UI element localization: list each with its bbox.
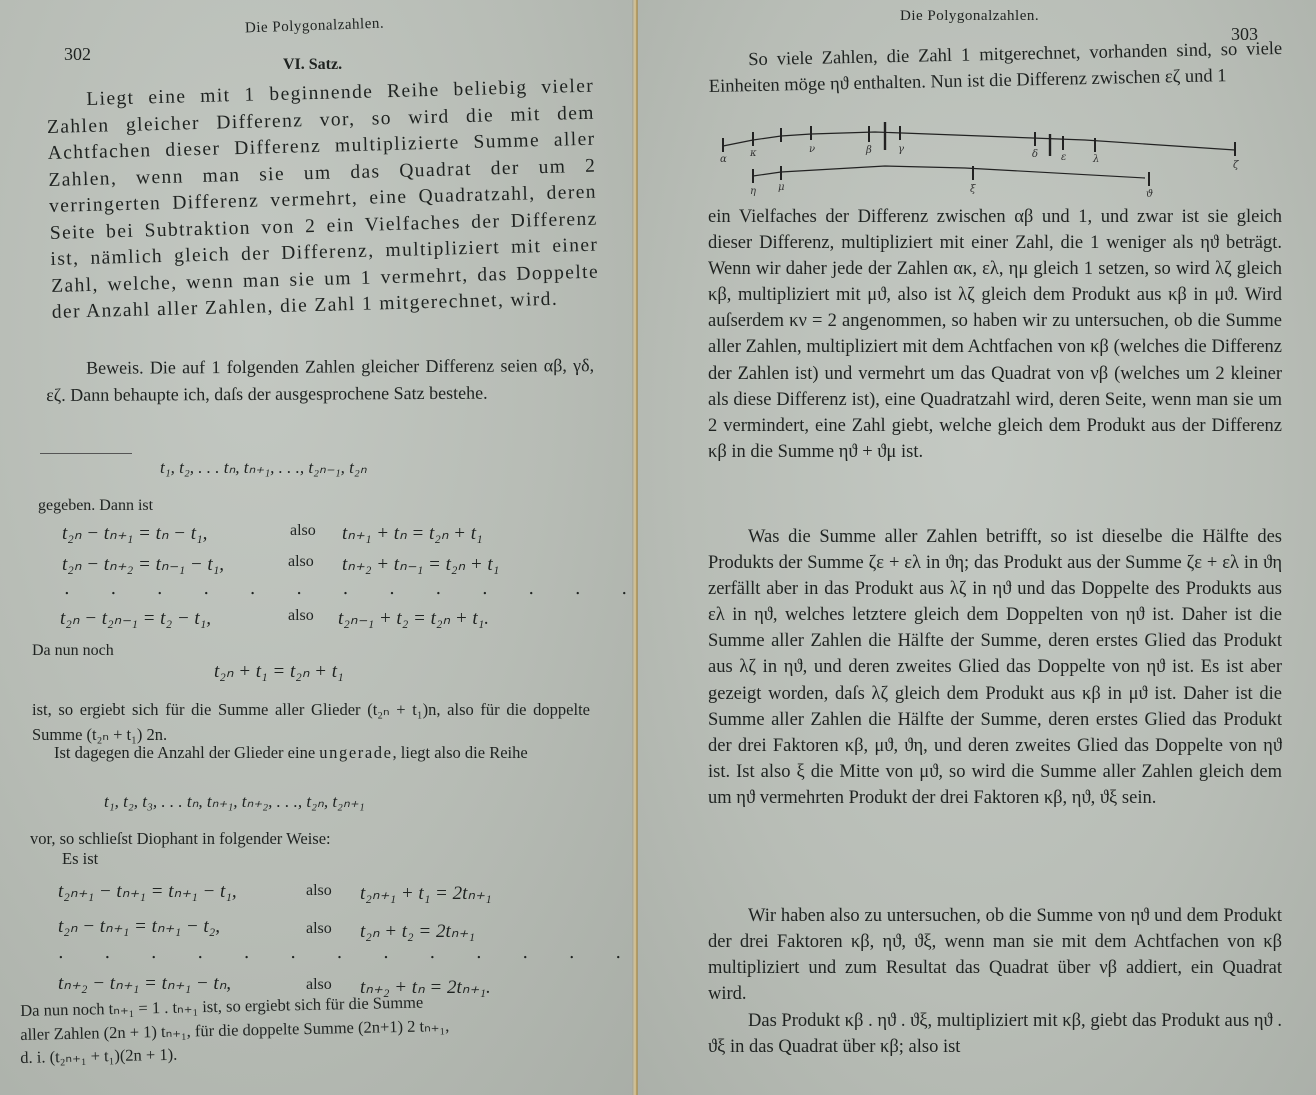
label-kappa: κ <box>749 148 757 159</box>
eq-even-2-rhs: tₙ₊₂ + tₙ₋₁ = t₂ₙ + t₁ <box>342 553 499 576</box>
center-equation: t₂ₙ + t₁ = t₂ₙ + t₁ <box>214 660 344 683</box>
section-title: VI. Satz. <box>283 56 342 74</box>
right-para-4: Wir haben also zu untersuchen, ob die Su… <box>708 903 1282 1007</box>
odd-intro-text: Ist dagegen die Anzahl der Glieder eine … <box>32 740 590 765</box>
eq-even-3-also: also <box>288 607 314 625</box>
odd-intro-spaced: ungerade <box>319 743 392 762</box>
eq-even-1-lhs: t₂ₙ − tₙ₊₁ = tₙ − t₁, <box>62 522 207 545</box>
given-text: gegeben. Dann ist <box>38 493 153 519</box>
eq-even-1-also: also <box>290 522 316 540</box>
eq-odd-2-rhs: t₂ₙ + t₂ = 2tₙ₊₁ <box>360 920 475 943</box>
label-nu: ν <box>809 144 815 155</box>
eq-odd-1-rhs: t₂ₙ₊₁ + t₁ = 2tₙ₊₁ <box>360 882 492 905</box>
page-number-left: 302 <box>64 44 91 65</box>
eq-even-2-also: also <box>288 553 314 571</box>
line-segment-diagram: α κ ν β γ δ ε λ ζ η μ ξ ϑ <box>705 122 1260 197</box>
label-lambda: λ <box>1092 154 1099 165</box>
theorem-text: Liegt eine mit 1 beginnende Reihe belieb… <box>46 74 600 327</box>
label-beta: β <box>865 145 872 156</box>
theorem-paragraph: Liegt eine mit 1 beginnende Reihe belieb… <box>46 74 600 327</box>
paragraph-proof-continuation: ein Vielfaches der Differenz zwischen αβ… <box>708 204 1282 465</box>
label-epsilon: ε <box>1061 152 1066 163</box>
eq-odd-2-also: also <box>306 920 332 938</box>
eq-odd-1-lhs: t₂ₙ₊₁ − tₙ₊₁ = tₙ₊₁ − t₁, <box>58 880 237 903</box>
proof-text: Beweis. Die auf 1 folgenden Zahlen gleic… <box>46 352 594 408</box>
footnote-divider <box>40 453 132 454</box>
label-gamma: γ <box>898 144 904 155</box>
es-ist-text: Es ist <box>62 846 98 872</box>
eq-odd-3-lhs: tₙ₊₂ − tₙ₊₁ = tₙ₊₁ − tₙ, <box>58 972 231 995</box>
proof-paragraph: Beweis. Die auf 1 folgenden Zahlen gleic… <box>46 352 594 408</box>
right-para-2: ein Vielfaches der Differenz zwischen αβ… <box>708 204 1282 465</box>
eq-even-1-rhs: tₙ₊₁ + tₙ = t₂ₙ + t₁ <box>342 522 483 545</box>
eq-even-3-rhs: t₂ₙ₋₁ + t₂ = t₂ₙ + t₁. <box>338 607 489 630</box>
right-para-3: Was die Summe aller Zahlen betrifft, so … <box>708 524 1282 811</box>
right-para-5: Das Produkt κβ . ηϑ . ϑξ, multipliziert … <box>708 1008 1282 1060</box>
closing-line-3: d. i. (t₂ₙ₊₁ + t₁)(2n + 1). <box>20 1042 178 1071</box>
eq-even-2-lhs: t₂ₙ − tₙ₊₂ = tₙ₋₁ − t₁, <box>62 553 224 576</box>
eq-even-3-lhs: t₂ₙ − t₂ₙ₋₁ = t₂ − t₁, <box>60 607 211 630</box>
label-delta: δ <box>1032 149 1038 160</box>
label-zeta: ζ <box>1233 160 1239 171</box>
odd-intro-a: Ist dagegen die Anzahl der Glieder eine <box>54 743 319 762</box>
running-head-left: Die Polygonalzahlen. <box>245 16 385 38</box>
label-theta: ϑ <box>1146 189 1153 197</box>
label-mu: μ <box>778 182 785 193</box>
odd-intro-b: , liegt also die Reihe <box>393 743 528 762</box>
label-xi: ξ <box>970 184 976 195</box>
book-spread: Die Polygonalzahlen. 302 VI. Satz. Liegt… <box>0 0 1316 1095</box>
paragraph-product: Das Produkt κβ . ηϑ . ϑξ, multipliziert … <box>708 1008 1282 1060</box>
running-head-right: Die Polygonalzahlen. <box>900 8 1039 25</box>
eq-odd-2-lhs: t₂ₙ − tₙ₊₁ = tₙ₊₁ − t₂, <box>58 915 220 938</box>
series-even: t₁, t₂, . . . tₙ, tₙ₊₁, . . ., t₂ₙ₋₁, t₂… <box>160 458 367 478</box>
series-odd: t₁, t₂, t₃, . . . tₙ, tₙ₊₁, tₙ₊₂, . . .,… <box>104 792 365 812</box>
label-alpha: α <box>720 154 727 165</box>
paragraph-investigate: Wir haben also zu untersuchen, ob die Su… <box>708 903 1282 1007</box>
paragraph-sum: Was die Summe aller Zahlen betrifft, so … <box>708 524 1282 811</box>
eq-odd-1-also: also <box>306 882 332 900</box>
label-eta: η <box>750 186 756 197</box>
da-nun-noch: Da nun noch <box>32 638 114 664</box>
segment-diagram-svg: α κ ν β γ δ ε λ ζ η μ ξ ϑ <box>705 122 1260 197</box>
